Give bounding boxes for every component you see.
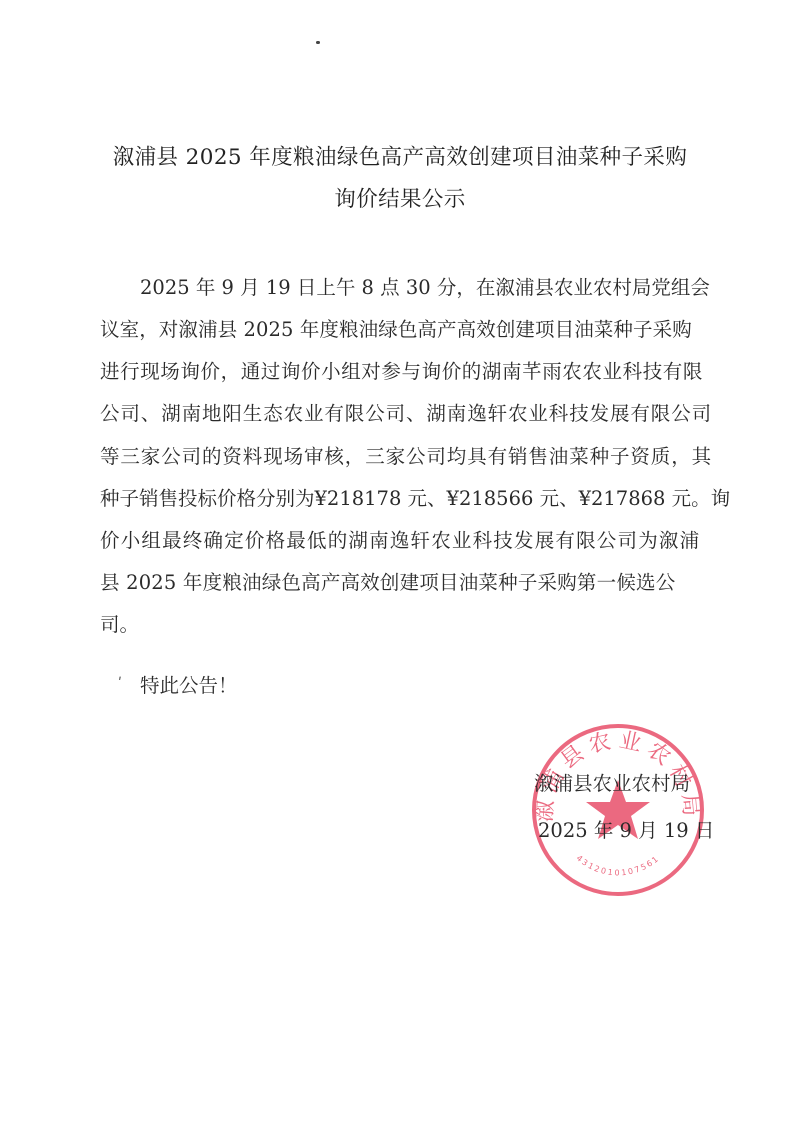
body-line-2: 议室，对溆浦县 2025 年度粮油绿色高产高效创建项目油菜种子采购 [100,314,720,342]
body-line-5: 等三家公司的资料现场审核，三家公司均具有销售油菜种子资质，其 [100,441,720,469]
body-line-1: 2025 年 9 月 19 日上午 8 点 30 分，在溆浦县农业农村局党组会 [140,272,720,300]
body-line-4: 公司、湖南地阳生态农业有限公司、湖南逸轩农业科技发展有限公司 [100,398,720,426]
body-line-3: 进行现场询价，通过询价小组对参与询价的湖南芊雨农农业科技有限 [100,356,720,384]
closing-text: 特此公告！ [140,670,720,698]
official-seal-icon: 溆浦县农业农村局 4312010107561 [530,722,706,898]
body-line-6: 种子销售投标价格分别为¥218178 元、¥218566 元、¥217868 元… [100,483,720,511]
svg-text:4312010107561: 4312010107561 [575,854,662,878]
body-line-7: 价小组最终确定价格最低的湖南逸轩农业科技发展有限公司为溆浦 [100,525,720,553]
signature-date: 2025 年 9 月 19 日 [538,815,714,843]
signature-organization: 溆浦县农业农村局 [534,768,690,796]
scan-mark: ʹ [118,676,122,692]
document-title-line-2: 询价结果公示 [0,182,800,213]
scan-speck [316,41,320,44]
body-line-8: 县 2025 年度粮油绿色高产高效创建项目油菜种子采购第一候选公 [100,567,720,595]
body-line-9: 司。 [100,609,720,637]
document-title-line-1: 溆浦县 2025 年度粮油绿色高产高效创建项目油菜种子采购 [0,140,800,171]
